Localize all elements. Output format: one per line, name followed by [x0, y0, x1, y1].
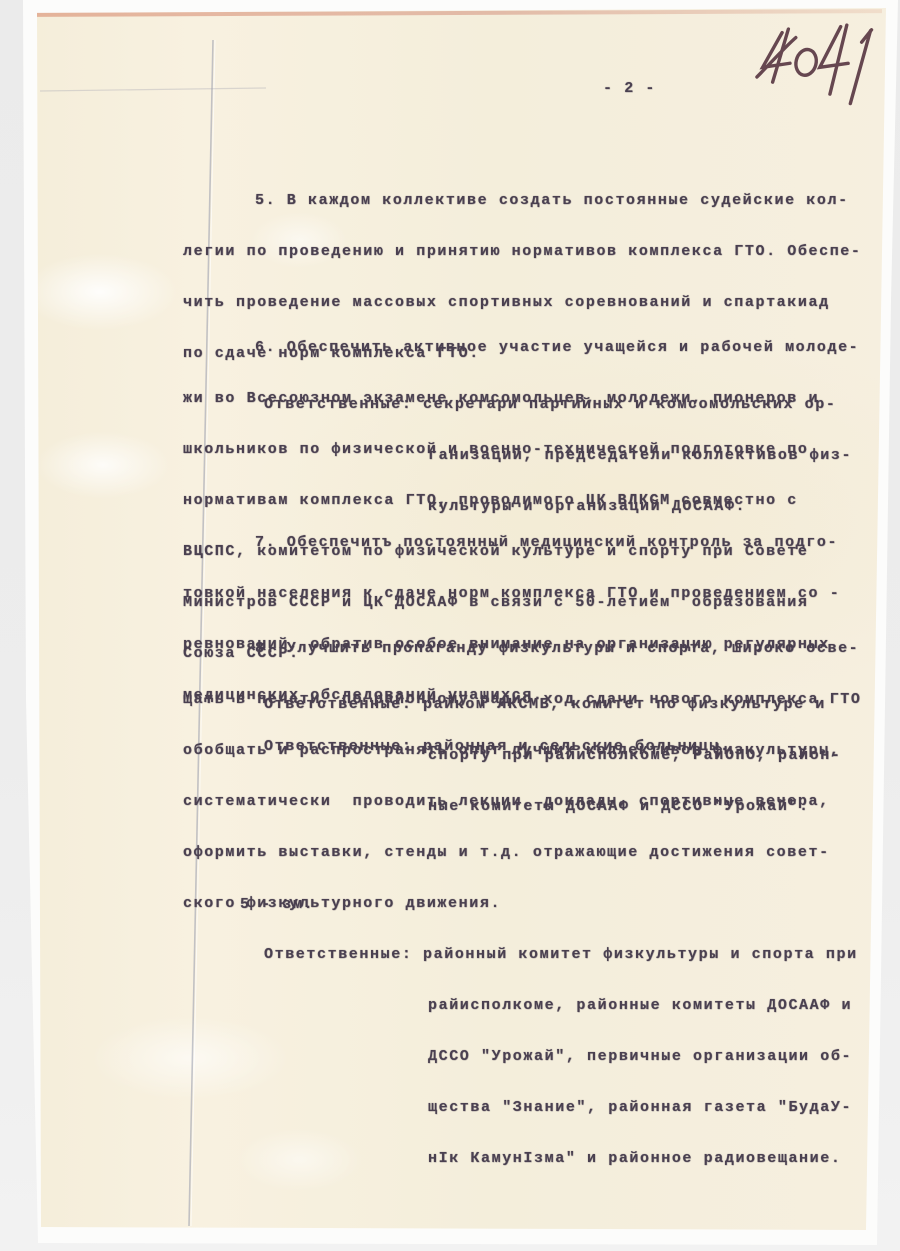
- text-line: легии по проведению и принятию нормативо…: [183, 243, 893, 260]
- text-line: 5. В каждом коллективе создать постоянны…: [183, 192, 893, 209]
- copies-note: 5 - зм.: [240, 896, 314, 913]
- typed-text-layer: - 2 - 5. В каждом коллективе создать пос…: [183, 0, 893, 238]
- text-line: товкой населения к сдаче норм комплекса …: [183, 585, 893, 602]
- text-line: систематически проводить лекции, доклады…: [183, 793, 893, 810]
- responsible-line: Ответственные: районный комитет физкульт…: [183, 946, 893, 963]
- text-line: щать в печати, по районному радио ход сд…: [183, 691, 893, 708]
- responsible-line: райисполкоме, районные комитеты ДОСААФ и: [183, 997, 893, 1014]
- text-line: 8. Улучшить пропаганду физкультуры и спо…: [183, 640, 893, 657]
- text-line: школьников по физической и военно-технич…: [183, 441, 893, 458]
- responsible-line: щества "Знание", районная газета "БудаУ-: [183, 1099, 893, 1116]
- text-line: оформить выставки, стенды и т.д. отражаю…: [183, 844, 893, 861]
- page-number: - 2 -: [603, 80, 656, 97]
- text-line: 7. Обеспечитъ постоянный медицинский кон…: [183, 534, 893, 551]
- text-line: 6. Обеспечить активное участие учащейся …: [183, 339, 893, 356]
- responsible-line: ДССО "Урожай", первичные организации об-: [183, 1048, 893, 1065]
- text-line: жи во Всесоюзном экзамене комсомольцев, …: [183, 390, 893, 407]
- text-line: обобщать и распространять опыт лучших ко…: [183, 742, 893, 759]
- responsible-line: нІк КамунІзма" и районное радиовещание.: [183, 1150, 893, 1167]
